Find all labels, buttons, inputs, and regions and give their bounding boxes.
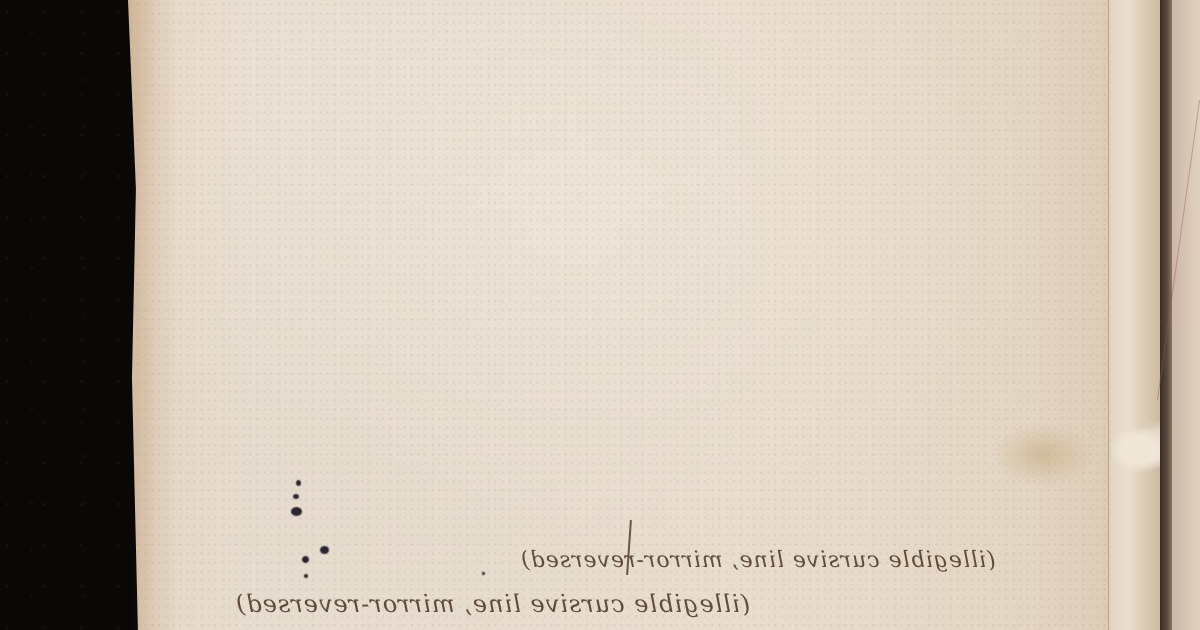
water-stain xyxy=(995,425,1090,485)
adjacent-leaf-edge xyxy=(1172,0,1200,630)
manuscript-photo: (illegible cursive line, mirror-reversed… xyxy=(0,0,1200,630)
binding-fold xyxy=(1108,0,1164,630)
handwriting-line-2: (illegible cursive line, mirror-reversed… xyxy=(235,590,750,618)
handwriting-line-1: (illegible cursive line, mirror-reversed… xyxy=(520,548,996,573)
black-backdrop xyxy=(0,0,134,630)
parchment-page xyxy=(128,0,1118,630)
